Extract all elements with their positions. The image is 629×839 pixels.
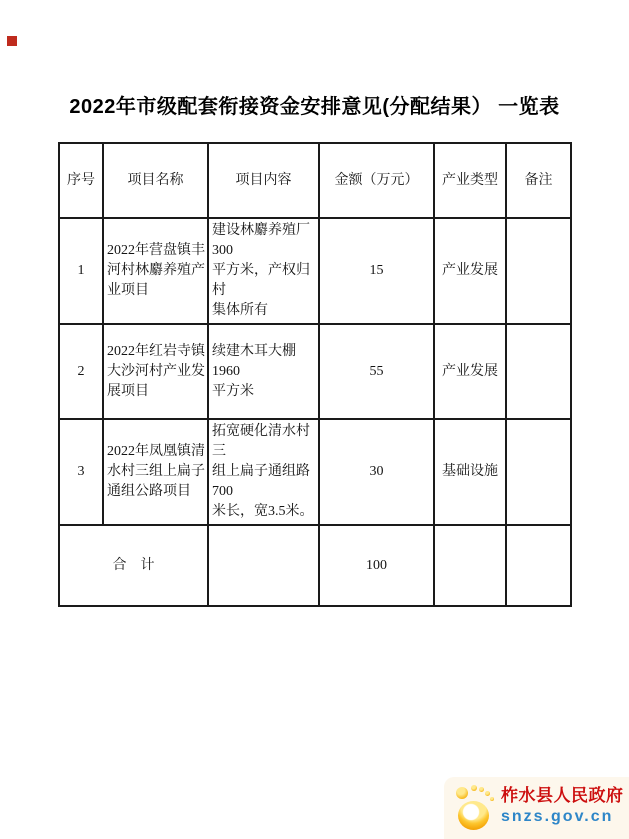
header-amount: 金额（万元）	[319, 143, 434, 218]
page-title: 2022年市级配套衔接资金安排意见(分配结果） 一览表	[0, 90, 629, 119]
footprint-icon	[452, 785, 500, 835]
site-domain: snzs.gov.cn	[501, 806, 626, 828]
row-project-name: 2022年凤凰镇清 水村三组上扁子 通组公路项目	[103, 419, 208, 525]
row-project-content: 拓宽硬化清水村三 组上扁子通组路700 米长，宽3.5米。	[208, 419, 319, 525]
total-label: 合 计	[59, 525, 208, 606]
row-no: 2	[59, 324, 103, 419]
site-logo[interactable]: 柞水县人民政府 snzs.gov.cn	[444, 777, 629, 839]
document-page: { "decorations": { "red_square_color": "…	[0, 0, 629, 839]
row-project-content: 续建木耳大棚1960 平方米	[208, 324, 319, 419]
row-note	[506, 218, 571, 324]
header-content: 项目内容	[208, 143, 319, 218]
row-note	[506, 324, 571, 419]
header-type: 产业类型	[434, 143, 506, 218]
row-project-name: 2022年红岩寺镇 大沙河村产业发 展项目	[103, 324, 208, 419]
total-type-cell	[434, 525, 506, 606]
row-amount: 55	[319, 324, 434, 419]
table-row: 2 2022年红岩寺镇 大沙河村产业发 展项目 续建木耳大棚1960 平方米 5…	[59, 324, 571, 419]
row-project-name: 2022年营盘镇丰 河村林麝养殖产 业项目	[103, 218, 208, 324]
row-amount: 30	[319, 419, 434, 525]
total-content-cell	[208, 525, 319, 606]
total-amount: 100	[319, 525, 434, 606]
red-square-mark	[7, 36, 17, 46]
total-note-cell	[506, 525, 571, 606]
row-amount: 15	[319, 218, 434, 324]
row-project-content: 建设林麝养殖厂300 平方米，产权归村 集体所有	[208, 218, 319, 324]
header-note: 备注	[506, 143, 571, 218]
allocation-table: 序号 项目名称 项目内容 金额（万元） 产业类型 备注 1 2022年营盘镇丰 …	[58, 142, 572, 607]
row-industry-type: 产业发展	[434, 218, 506, 324]
table-header-row: 序号 项目名称 项目内容 金额（万元） 产业类型 备注	[59, 143, 571, 218]
row-industry-type: 基础设施	[434, 419, 506, 525]
header-name: 项目名称	[103, 143, 208, 218]
table-row: 3 2022年凤凰镇清 水村三组上扁子 通组公路项目 拓宽硬化清水村三 组上扁子…	[59, 419, 571, 525]
row-note	[506, 419, 571, 525]
row-no: 1	[59, 218, 103, 324]
row-industry-type: 产业发展	[434, 324, 506, 419]
site-logo-text: 柞水县人民政府 snzs.gov.cn	[501, 786, 626, 828]
table-row: 1 2022年营盘镇丰 河村林麝养殖产 业项目 建设林麝养殖厂300 平方米，产…	[59, 218, 571, 324]
header-no: 序号	[59, 143, 103, 218]
site-name: 柞水县人民政府	[501, 786, 626, 806]
row-no: 3	[59, 419, 103, 525]
table-total-row: 合 计 100	[59, 525, 571, 606]
